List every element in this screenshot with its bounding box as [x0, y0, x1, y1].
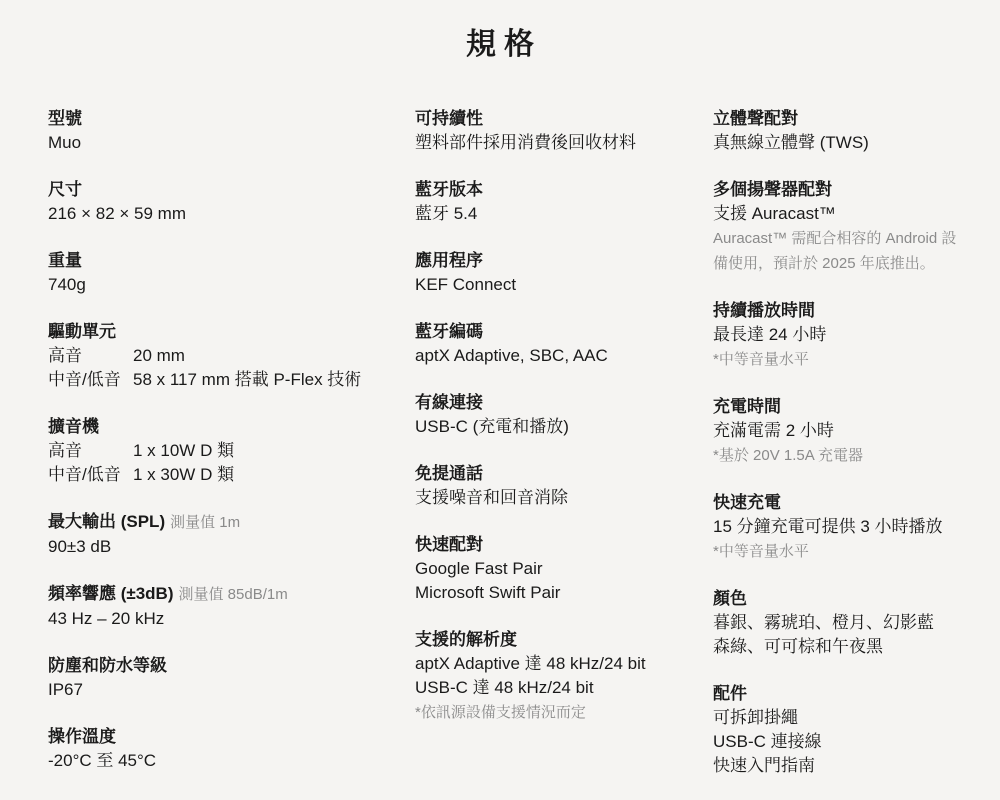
spec-label-line: 快速配對	[415, 533, 713, 557]
spec-label: 配件	[713, 684, 747, 703]
spec-label: 充電時間	[713, 397, 781, 416]
spec-value: 740g	[48, 273, 415, 297]
spec-value: USB-C (充電和播放)	[415, 415, 713, 439]
spec-label: 快速配對	[415, 535, 483, 554]
spec-label: 顏色	[713, 589, 747, 608]
spec-label: 快速充電	[713, 493, 781, 512]
spec-value: 真無線立體聲 (TWS)	[713, 131, 968, 155]
spec-value: 可拆卸掛繩	[713, 706, 968, 730]
spec-value: aptX Adaptive 達 48 kHz/24 bit	[415, 652, 713, 676]
spec-label: 防塵和防水等級	[48, 656, 167, 675]
spec-label: 重量	[48, 251, 82, 270]
spec-label: 操作溫度	[48, 727, 116, 746]
spec-section: 驅動單元高音20 mm中音/低音58 x 117 mm 搭載 P-Flex 技術	[48, 320, 415, 392]
spec-section: 支援的解析度aptX Adaptive 達 48 kHz/24 bitUSB-C…	[415, 628, 713, 725]
spec-row: 高音20 mm	[48, 344, 415, 368]
spec-section: 頻率響應 (±3dB)測量值 85dB/1m43 Hz – 20 kHz	[48, 582, 415, 631]
spec-term: 高音	[48, 344, 133, 368]
spec-label-line: 支援的解析度	[415, 628, 713, 652]
spec-value: 塑料部件採用消費後回收材料	[415, 131, 713, 155]
spec-section: 型號Muo	[48, 107, 415, 155]
spec-value: USB-C 連接線	[713, 730, 968, 754]
spec-label-line: 藍牙編碼	[415, 320, 713, 344]
spec-value: 支援噪音和回音消除	[415, 486, 713, 510]
spec-value: KEF Connect	[415, 273, 713, 297]
spec-label: 最大輸出 (SPL)	[48, 512, 165, 531]
spec-label-line: 最大輸出 (SPL)測量值 1m	[48, 510, 415, 535]
spec-section: 顏色暮銀、霧琥珀、橙月、幻影藍森綠、可可棕和午夜黑	[713, 587, 968, 659]
spec-term: 中音/低音	[48, 368, 133, 392]
spec-term: 高音	[48, 439, 133, 463]
spec-footnote: *中等音量水平	[713, 347, 968, 372]
spec-value: 快速入門指南	[713, 754, 968, 778]
spec-value: 43 Hz – 20 kHz	[48, 607, 415, 631]
spec-section: 藍牙版本藍牙 5.4	[415, 178, 713, 226]
spec-label: 多個揚聲器配對	[713, 180, 832, 199]
spec-section: 充電時間充滿電需 2 小時*基於 20V 1.5A 充電器	[713, 395, 968, 468]
spec-label-note: 測量值 85dB/1m	[179, 586, 288, 603]
spec-value: aptX Adaptive, SBC, AAC	[415, 344, 713, 368]
spec-label: 應用程序	[415, 251, 483, 270]
spec-value: Microsoft Swift Pair	[415, 581, 713, 605]
spec-section: 擴音機高音1 x 10W D 類中音/低音1 x 30W D 類	[48, 415, 415, 487]
spec-column-3: 立體聲配對真無線立體聲 (TWS)多個揚聲器配對支援 Auracast™Aura…	[713, 107, 968, 800]
spec-value: USB-C 達 48 kHz/24 bit	[415, 676, 713, 700]
spec-label-line: 多個揚聲器配對	[713, 178, 968, 202]
spec-value: 最長達 24 小時	[713, 323, 968, 347]
spec-label: 型號	[48, 109, 82, 128]
spec-section: 快速配對Google Fast PairMicrosoft Swift Pair	[415, 533, 713, 605]
spec-label-line: 免提通話	[415, 462, 713, 486]
spec-label-line: 立體聲配對	[713, 107, 968, 131]
spec-label: 尺寸	[48, 180, 82, 199]
spec-row: 中音/低音58 x 117 mm 搭載 P-Flex 技術	[48, 368, 415, 392]
spec-label: 藍牙版本	[415, 180, 483, 199]
spec-section: 操作溫度-20°C 至 45°C	[48, 725, 415, 773]
spec-label: 有線連接	[415, 393, 483, 412]
spec-section: 防塵和防水等級IP67	[48, 654, 415, 702]
spec-row: 高音1 x 10W D 類	[48, 439, 415, 463]
spec-label-line: 持續播放時間	[713, 299, 968, 323]
spec-section: 多個揚聲器配對支援 Auracast™Auracast™ 需配合相容的 Andr…	[713, 178, 968, 276]
spec-value: 216 × 82 × 59 mm	[48, 202, 415, 226]
spec-footnote: *依訊源設備支援情況而定	[415, 700, 713, 725]
spec-column-2: 可持續性塑料部件採用消費後回收材料藍牙版本藍牙 5.4應用程序KEF Conne…	[415, 107, 713, 800]
spec-value: 暮銀、霧琥珀、橙月、幻影藍	[713, 611, 968, 635]
spec-section: 可持續性塑料部件採用消費後回收材料	[415, 107, 713, 155]
spec-label-line: 型號	[48, 107, 415, 131]
spec-section: 持續播放時間最長達 24 小時*中等音量水平	[713, 299, 968, 372]
spec-value: 1 x 30W D 類	[133, 463, 415, 487]
spec-grid: 型號Muo尺寸216 × 82 × 59 mm重量740g驅動單元高音20 mm…	[48, 107, 1000, 800]
spec-value: 支援 Auracast™	[713, 202, 968, 226]
spec-footnote: Auracast™ 需配合相容的 Android 設備使用，預計於 2025 年…	[713, 226, 968, 276]
spec-label-line: 防塵和防水等級	[48, 654, 415, 678]
spec-label: 免提通話	[415, 464, 483, 483]
spec-label: 頻率響應 (±3dB)	[48, 584, 174, 603]
spec-label-line: 重量	[48, 249, 415, 273]
spec-section: 配件可拆卸掛繩USB-C 連接線快速入門指南	[713, 682, 968, 778]
spec-value: 20 mm	[133, 344, 415, 368]
spec-label-line: 應用程序	[415, 249, 713, 273]
spec-label: 可持續性	[415, 109, 483, 128]
spec-label-line: 藍牙版本	[415, 178, 713, 202]
spec-value: 15 分鐘充電可提供 3 小時播放	[713, 515, 968, 539]
spec-label-note: 測量值 1m	[170, 514, 240, 531]
spec-label: 立體聲配對	[713, 109, 798, 128]
spec-label-line: 頻率響應 (±3dB)測量值 85dB/1m	[48, 582, 415, 607]
spec-value: 90±3 dB	[48, 535, 415, 559]
spec-term: 中音/低音	[48, 463, 133, 487]
spec-column-1: 型號Muo尺寸216 × 82 × 59 mm重量740g驅動單元高音20 mm…	[48, 107, 415, 800]
spec-label: 驅動單元	[48, 322, 116, 341]
spec-label-line: 操作溫度	[48, 725, 415, 749]
spec-value: 充滿電需 2 小時	[713, 419, 968, 443]
spec-value: Muo	[48, 131, 415, 155]
spec-value: 58 x 117 mm 搭載 P-Flex 技術	[133, 368, 415, 392]
spec-label: 支援的解析度	[415, 630, 517, 649]
spec-footnote: *中等音量水平	[713, 539, 968, 564]
spec-label: 藍牙編碼	[415, 322, 483, 341]
spec-section: 最大輸出 (SPL)測量值 1m90±3 dB	[48, 510, 415, 559]
spec-value: 1 x 10W D 類	[133, 439, 415, 463]
spec-section: 應用程序KEF Connect	[415, 249, 713, 297]
spec-section: 有線連接USB-C (充電和播放)	[415, 391, 713, 439]
spec-value: Google Fast Pair	[415, 557, 713, 581]
spec-section: 免提通話支援噪音和回音消除	[415, 462, 713, 510]
spec-page: 規格 型號Muo尺寸216 × 82 × 59 mm重量740g驅動單元高音20…	[0, 28, 1000, 800]
spec-section: 藍牙編碼aptX Adaptive, SBC, AAC	[415, 320, 713, 368]
spec-value: 藍牙 5.4	[415, 202, 713, 226]
spec-value: -20°C 至 45°C	[48, 749, 415, 773]
spec-value: IP67	[48, 678, 415, 702]
spec-label-line: 驅動單元	[48, 320, 415, 344]
spec-label: 持續播放時間	[713, 301, 815, 320]
page-title: 規格	[0, 28, 1000, 62]
spec-row: 中音/低音1 x 30W D 類	[48, 463, 415, 487]
spec-label-line: 擴音機	[48, 415, 415, 439]
spec-value: 森綠、可可棕和午夜黑	[713, 635, 968, 659]
spec-label-line: 有線連接	[415, 391, 713, 415]
spec-label-line: 可持續性	[415, 107, 713, 131]
spec-label-line: 顏色	[713, 587, 968, 611]
spec-footnote: *基於 20V 1.5A 充電器	[713, 443, 968, 468]
spec-label: 擴音機	[48, 417, 99, 436]
spec-label-line: 快速充電	[713, 491, 968, 515]
spec-section: 重量740g	[48, 249, 415, 297]
spec-label-line: 尺寸	[48, 178, 415, 202]
spec-section: 尺寸216 × 82 × 59 mm	[48, 178, 415, 226]
spec-label-line: 配件	[713, 682, 968, 706]
spec-label-line: 充電時間	[713, 395, 968, 419]
spec-section: 快速充電15 分鐘充電可提供 3 小時播放*中等音量水平	[713, 491, 968, 564]
spec-section: 立體聲配對真無線立體聲 (TWS)	[713, 107, 968, 155]
